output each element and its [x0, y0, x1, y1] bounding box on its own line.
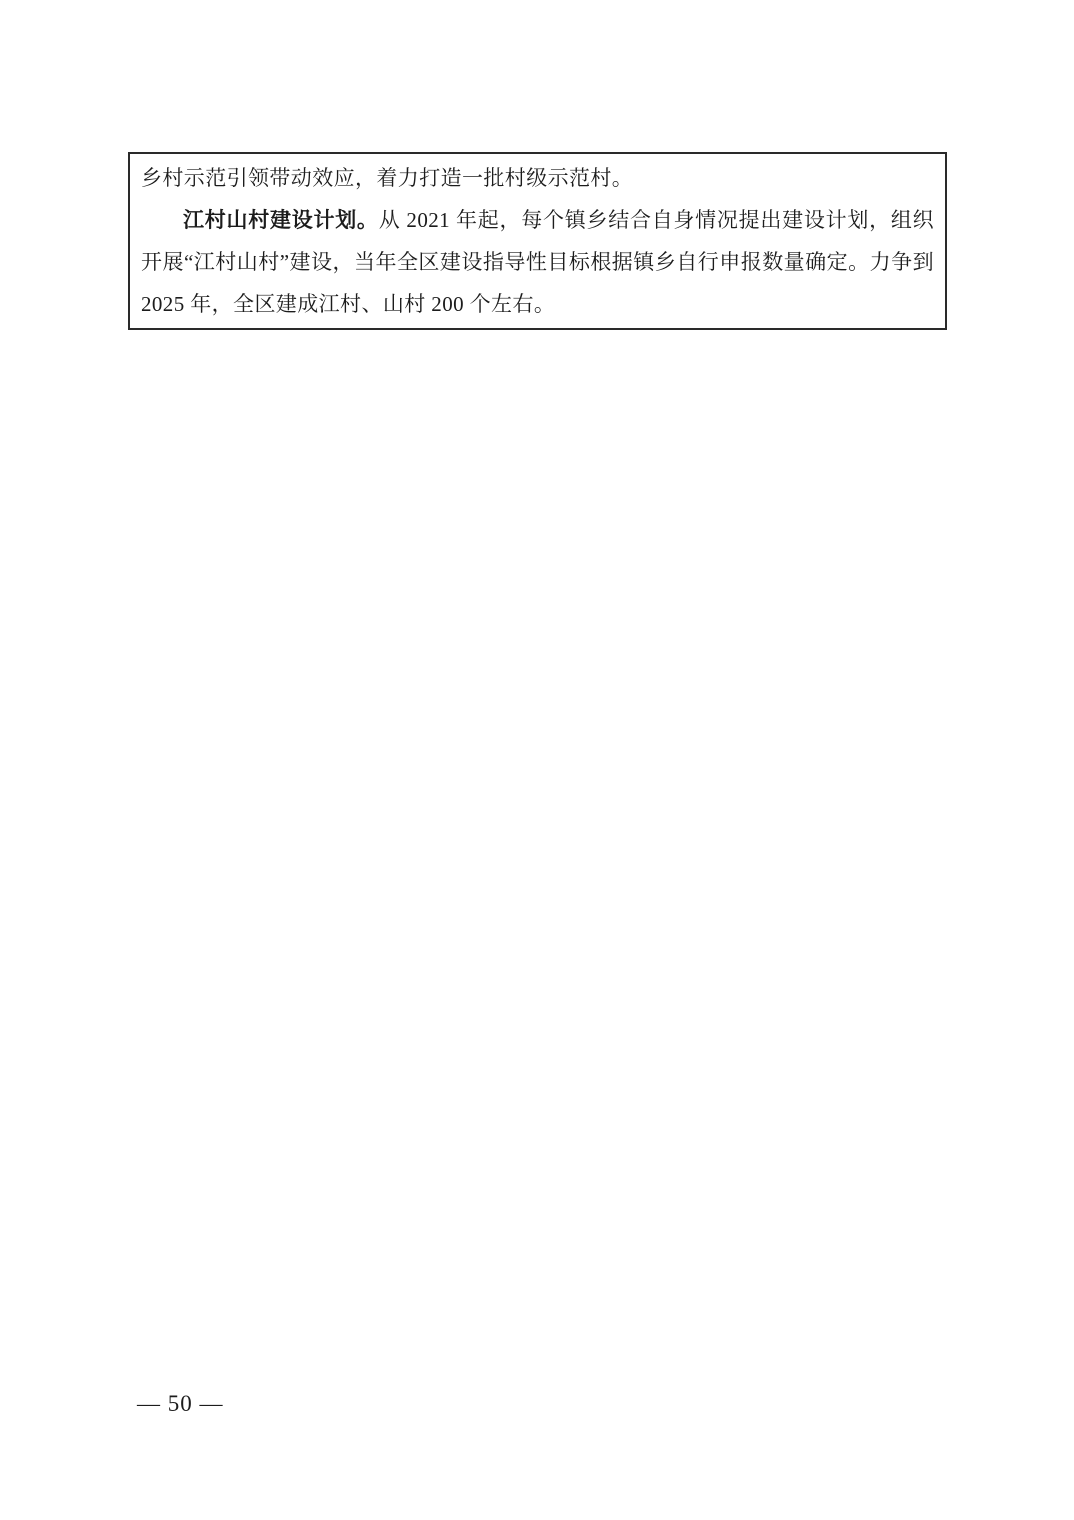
paragraph-continuation: 乡村示范引领带动效应，着力打造一批村级示范村。	[141, 157, 934, 199]
paragraph-plan: 江村山村建设计划。从 2021 年起，每个镇乡结合自身情况提出建设计划，组织开展…	[141, 199, 934, 325]
page-number: — 50 —	[137, 1387, 224, 1421]
document-page: 乡村示范引领带动效应，着力打造一批村级示范村。 江村山村建设计划。从 2021 …	[0, 0, 1074, 1520]
paragraph-lead-bold: 江村山村建设计划。	[183, 208, 379, 232]
bordered-text-box: 乡村示范引领带动效应，着力打造一批村级示范村。 江村山村建设计划。从 2021 …	[128, 152, 947, 330]
